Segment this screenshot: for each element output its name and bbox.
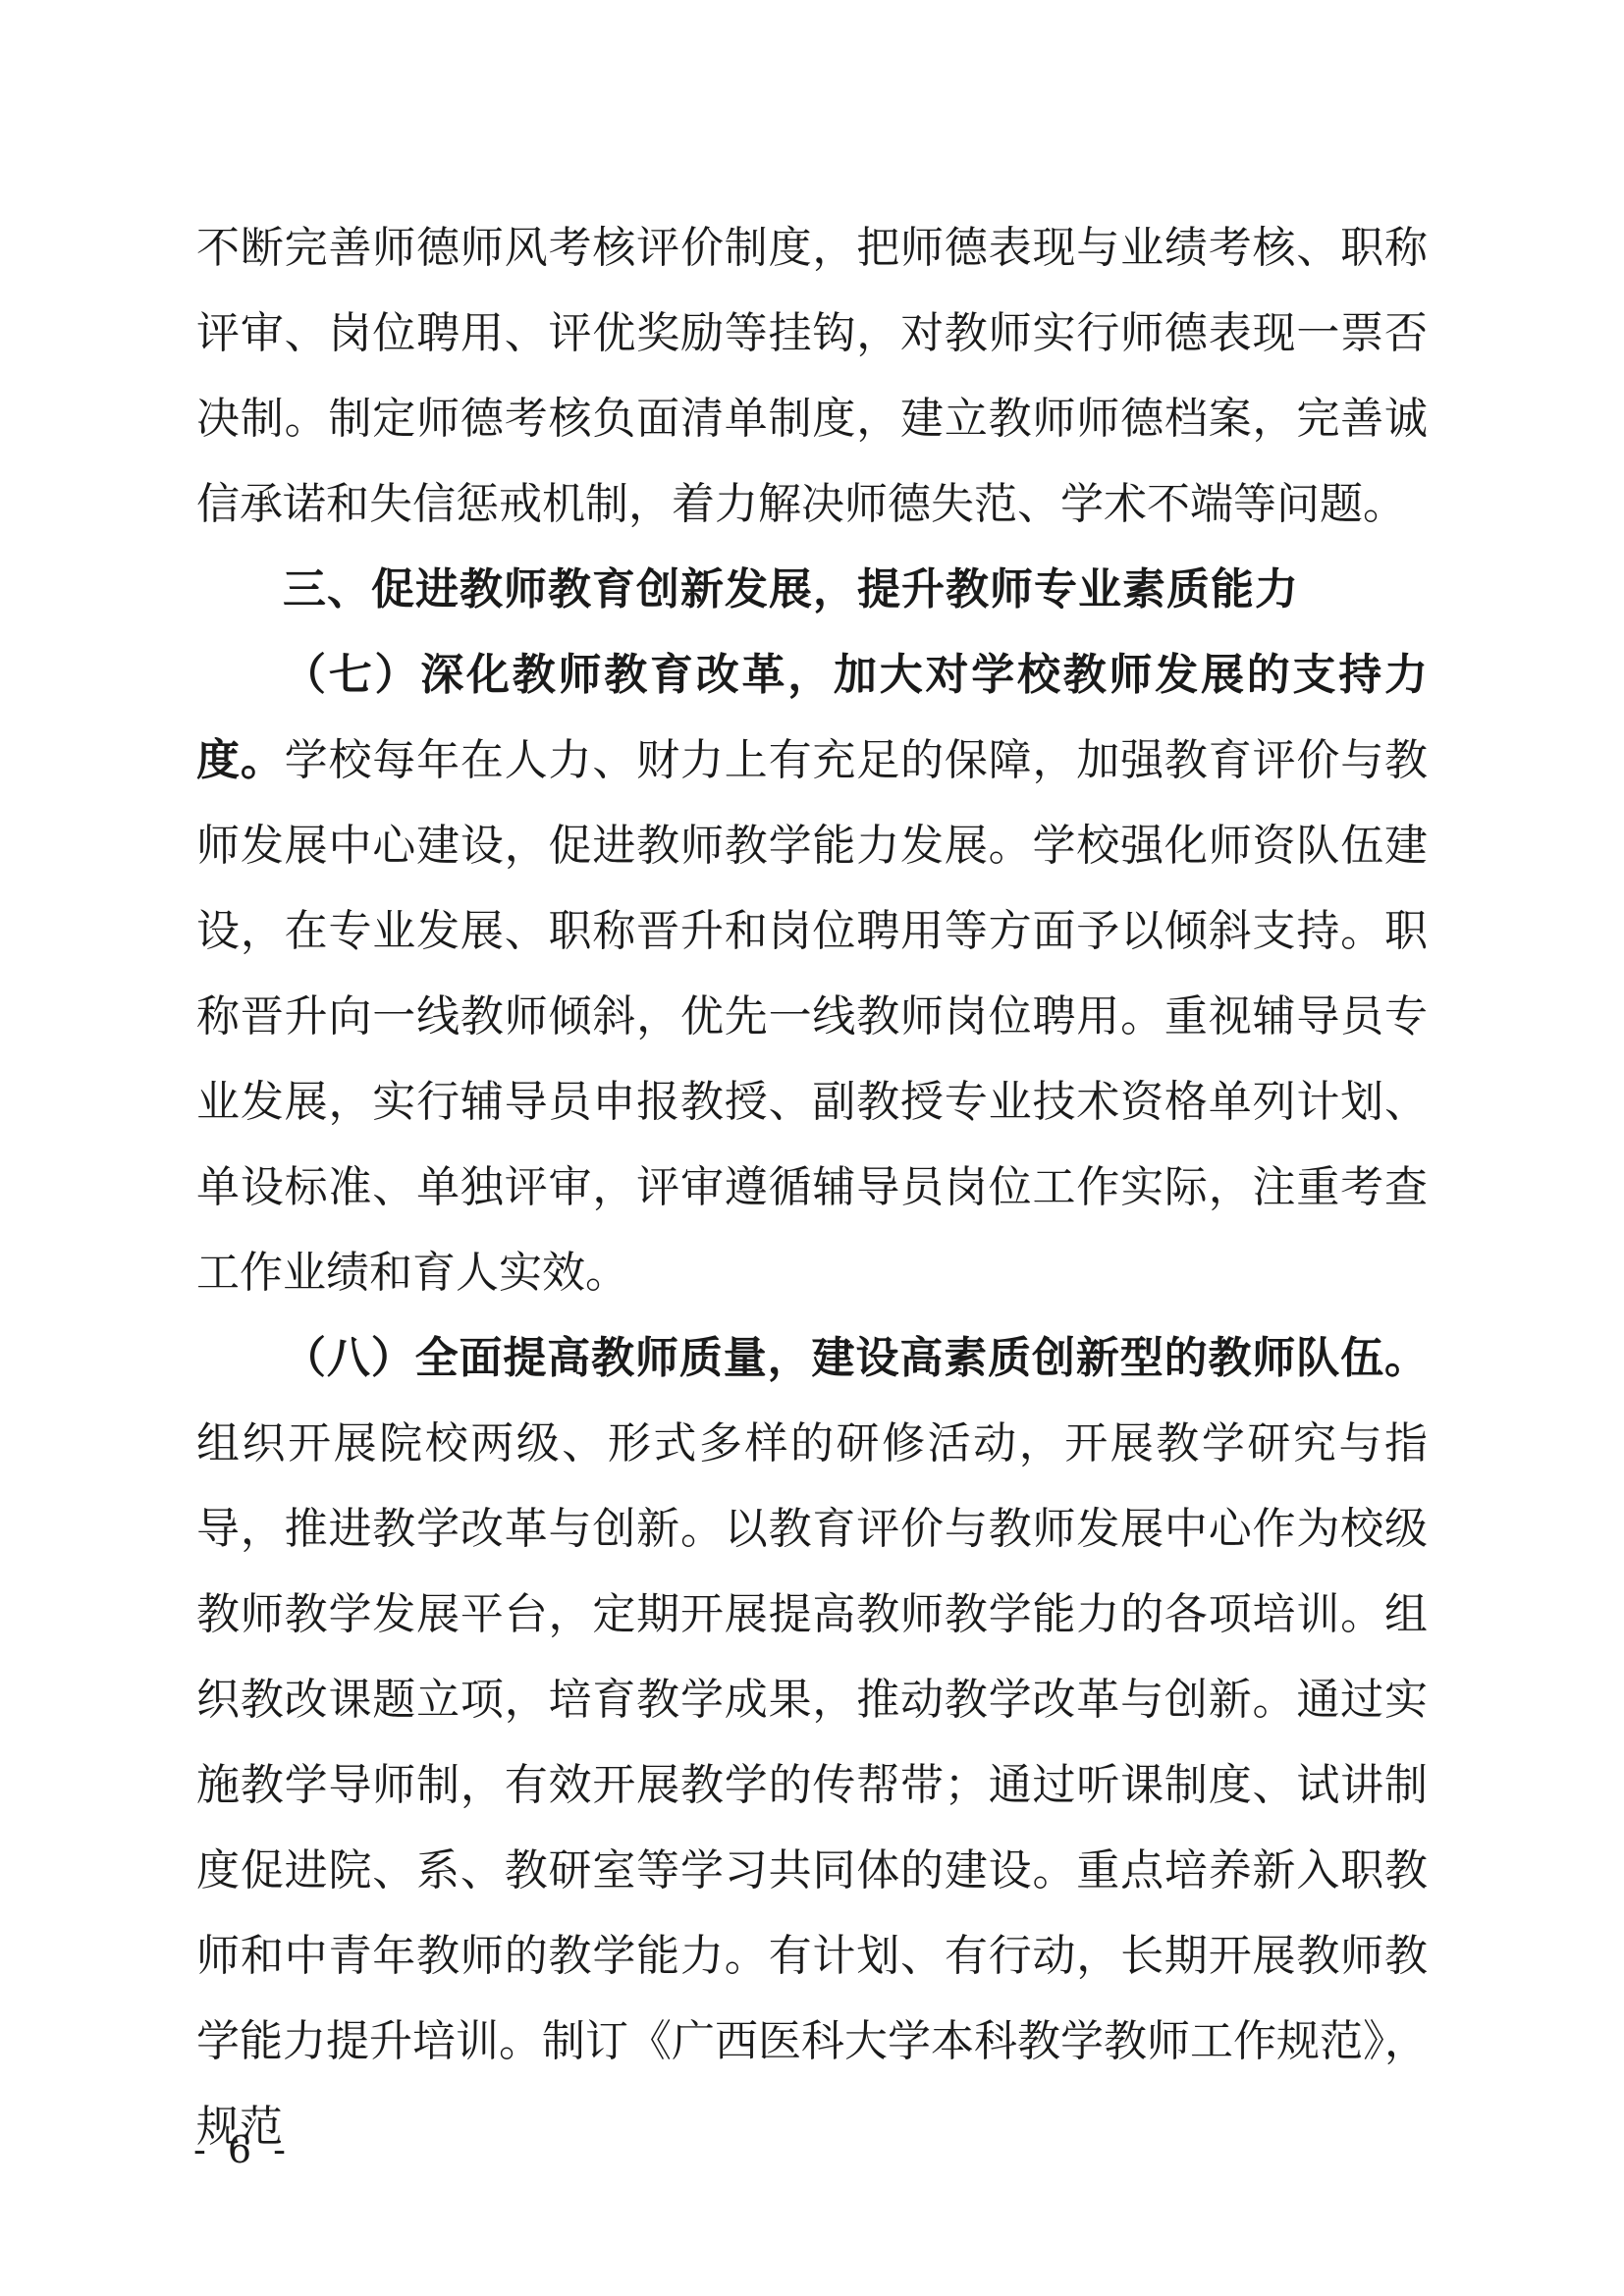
paragraph-lead-bold: （八）全面提高教师质量，建设高素质创新型的教师队伍。 [283,1333,1428,1383]
document-page: 不断完善师德师风考核评价制度，把师德表现与业绩考核、职称评审、岗位聘用、评优奖励… [0,0,1624,2296]
paragraph-text: 学校每年在人力、财力上有充足的保障，加强教育评价与教师发展中心建设，促进教师教学… [196,735,1428,1298]
paragraph: （八）全面提高教师质量，建设高素质创新型的教师队伍。组织开展院校两级、形式多样的… [196,1315,1428,2169]
section-heading: 三、促进教师教育创新发展，提升教师专业素质能力 [196,547,1428,632]
paragraph: 不断完善师德师风考核评价制度，把师德表现与业绩考核、职称评审、岗位聘用、评优奖励… [196,205,1428,547]
page-footer: - 6 - [193,2128,291,2171]
section-heading-text: 三、促进教师教育创新发展，提升教师专业素质能力 [283,564,1299,614]
paragraph: （七）深化教师教育改革，加大对学校教师发展的支持力度。学校每年在人力、财力上有充… [196,632,1428,1315]
page-number: - 6 - [193,2128,291,2171]
document-body: 不断完善师德师风考核评价制度，把师德表现与业绩考核、职称评审、岗位聘用、评优奖励… [196,205,1428,2169]
paragraph-text: 组织开展院校两级、形式多样的研修活动，开展教学研究与指导，推进教学改革与创新。以… [196,1418,1428,2152]
paragraph-text: 不断完善师德师风考核评价制度，把师德表现与业绩考核、职称评审、岗位聘用、评优奖励… [196,223,1428,529]
